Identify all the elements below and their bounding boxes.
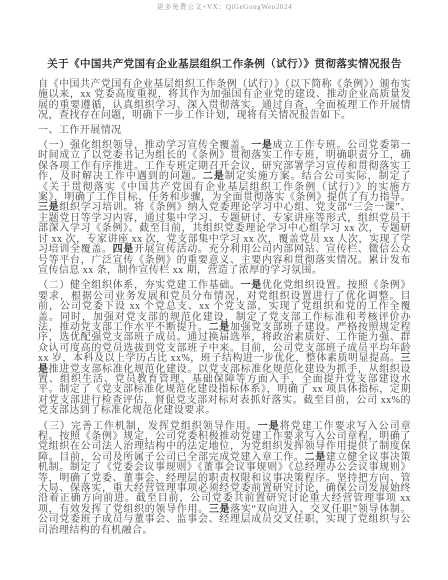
watermark-note: 更多免费公文+VX：QiGeGongWen2024 [38, 3, 411, 12]
document-title: 关于《中国共产党国有企业基层组织工作条例（试行）》贯彻落实情况报告 [38, 58, 411, 71]
text-run: 推进党支部标准化规范化建设。以党支部标准化规范化建设为抓手，从组织设置、组织生活… [38, 364, 411, 417]
text-run: （三）完善工作机制，发挥党组织领导作用。 [38, 421, 258, 432]
document-page: 更多免费公文+VX：QiGeGongWen2024 关于《中国共产党国有企业基层… [0, 0, 448, 580]
emphasis-run: 二是 [203, 171, 225, 182]
emphasis-run: 一是 [258, 421, 280, 432]
paragraph-section-1-2: （二）健全组织体系，夯实党建工作基础。一是优化党组织设置。按照《条例》要求，根据… [38, 281, 411, 416]
emphasis-run: 三是 [38, 202, 59, 213]
emphasis-run: 一是 [241, 280, 262, 291]
text-run: （二）健全组织体系，夯实党建工作基础。 [38, 280, 241, 291]
section-heading-1: 一、工作开展情况 [38, 126, 411, 136]
text-run: 自《中国共产党国有企业基层组织工作条例（试行）》（以下简称《条例》）颁布实施以来… [38, 79, 411, 121]
intro-paragraph: 自《中国共产党国有企业基层组织工作条例（试行）》（以下简称《条例》）颁布实施以来… [38, 80, 411, 122]
emphasis-run: 四是 [113, 244, 134, 255]
paragraph-section-1-3: （三）完善工作机制，发挥党组织领导作用。一是将党建工作要求写入公司章程。按照《条… [38, 422, 411, 536]
paragraph-section-1-1: （一）强化组织领导，推动学习宣传全覆盖。一是成立工作专班。公司党委第一时间成立了… [38, 141, 411, 276]
